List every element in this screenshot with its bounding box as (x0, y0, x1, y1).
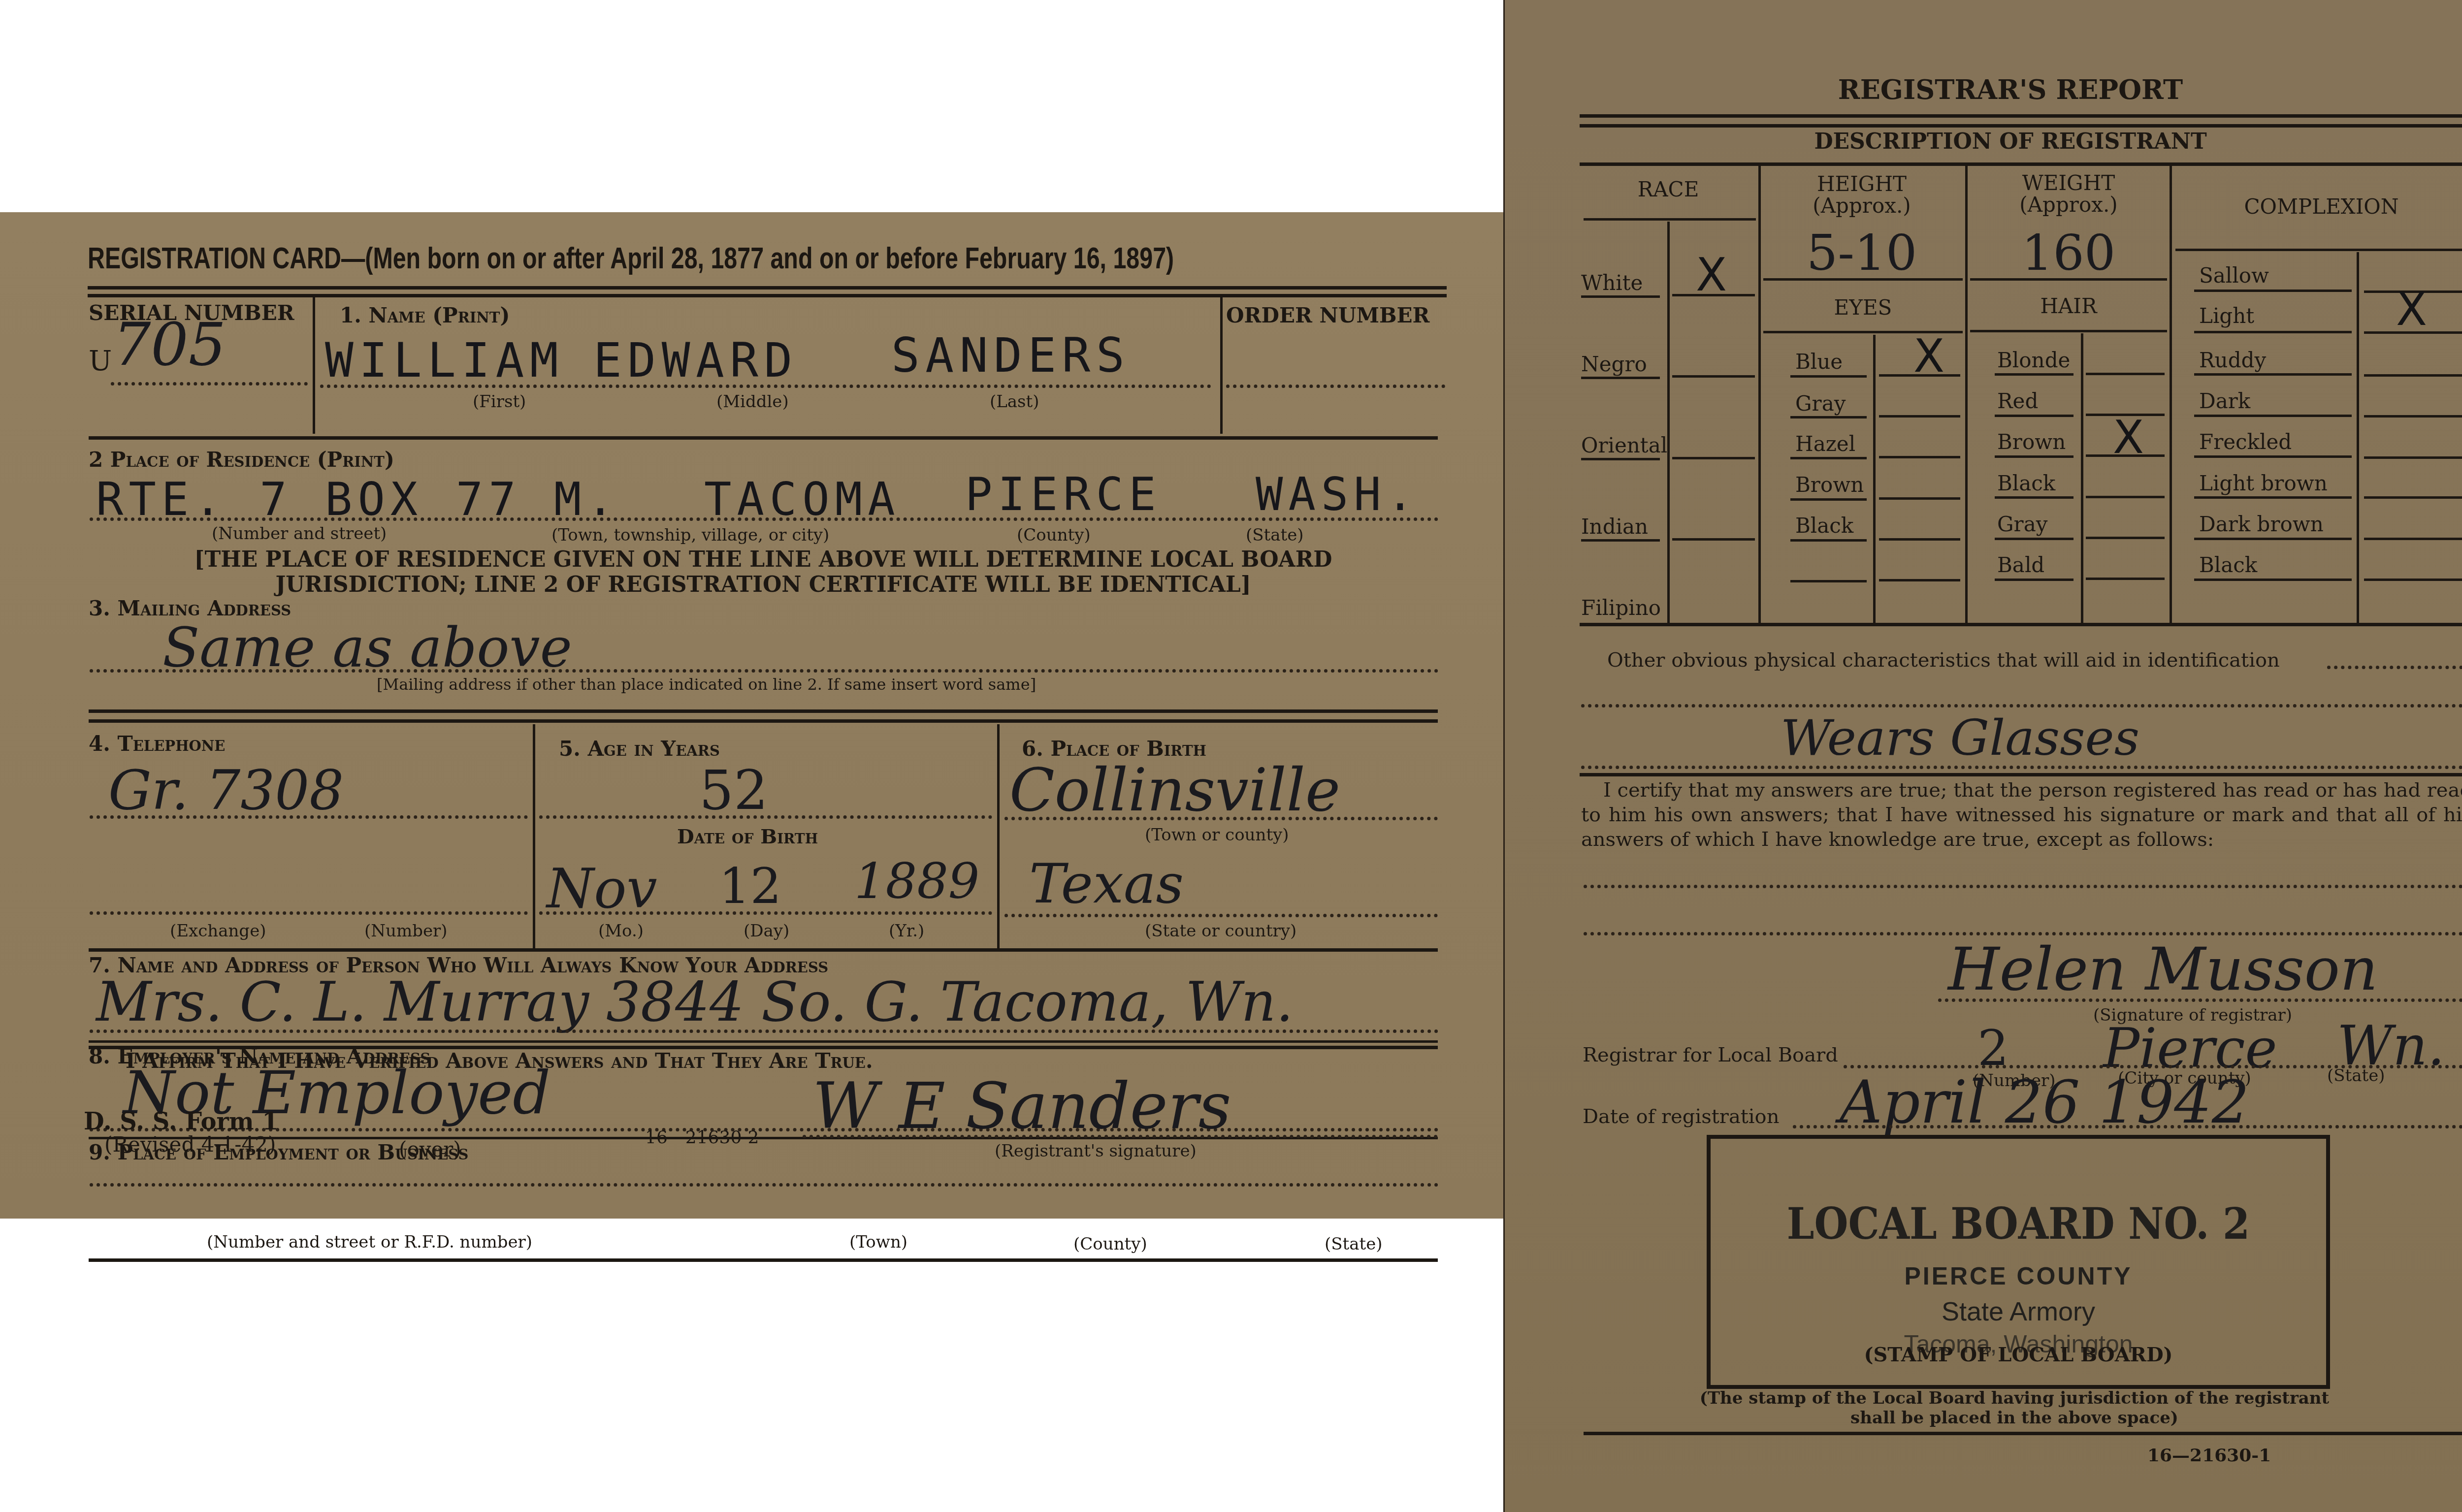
divider (89, 1258, 1438, 1262)
divider (2364, 579, 2462, 581)
weight-header: WEIGHT (Approx.) (1968, 172, 2170, 216)
local-board-stamp-box: LOCAL BOARD NO. 2 PIERCE COUNTY State Ar… (1707, 1135, 2330, 1389)
residence-note: [THE PLACE OF RESIDENCE GIVEN ON THE LIN… (98, 547, 1428, 597)
name-middle-caption: (Middle) (716, 392, 789, 412)
race-white-checkbox[interactable]: X (1696, 249, 1727, 301)
stamp-note-line-2: shall be placed in the above space) (1682, 1408, 2347, 1428)
divider (88, 286, 1447, 290)
contact-value: Mrs. C. L. Murray 3844 So. G. Tacoma, Wn… (96, 970, 1293, 1033)
divider (1995, 538, 2073, 540)
residence-town-caption: (Town, township, village, or city) (551, 525, 829, 545)
employment-state-caption: (State) (1325, 1234, 1383, 1254)
divider (1667, 222, 1670, 625)
divider (2086, 537, 2165, 539)
stamp-line-3: State Armory (1711, 1296, 2326, 1327)
divider (1879, 579, 1960, 581)
residence-state: WASH. (1256, 468, 1419, 521)
dob-month: Nov (547, 857, 657, 920)
registrar-report-title: REGISTRAR'S REPORT (1505, 74, 2462, 105)
residence-line (90, 517, 1439, 521)
birthplace-town-caption: (Town or county) (1145, 825, 1289, 845)
complexion-sallow-label: Sallow (2199, 263, 2269, 288)
contact-line (90, 1029, 1439, 1033)
race-oriental-label: Oriental (1581, 433, 1667, 457)
registration-card-front: REGISTRATION CARD—(Men born on or after … (0, 212, 1503, 1219)
eyes-gray-checkbox[interactable] (1881, 394, 1958, 416)
complexion-ruddy-label: Ruddy (2199, 348, 2266, 372)
divider (1879, 415, 1960, 418)
certification-text: I certify that my answers are true; that… (1581, 778, 2462, 852)
hair-blonde-checkbox[interactable] (2088, 351, 2165, 373)
mailing-address-line (90, 669, 1439, 673)
divider (2194, 455, 2352, 458)
name-last: SANDERS (891, 328, 1130, 383)
divider (1580, 114, 2462, 118)
hair-black-checkbox[interactable] (2088, 474, 2165, 496)
divider (1879, 538, 1960, 541)
eyes-black-checkbox[interactable] (1881, 516, 1958, 538)
local-board-state-caption: (State) (2327, 1066, 2385, 1086)
divider (1580, 162, 2462, 166)
name-first-caption: (First) (473, 392, 526, 412)
complexion-dark-label: Dark (2199, 389, 2250, 413)
divider (89, 948, 1438, 952)
employment-town-caption: (Town) (849, 1232, 907, 1252)
weight-value: 160 (1968, 224, 2170, 282)
serial-number-value: 705 (113, 311, 226, 379)
telephone-line (90, 815, 528, 819)
other-characteristics-label: Other obvious physical characteristics t… (1607, 649, 2280, 672)
telephone-line-2 (90, 911, 528, 915)
birthplace-state: Texas (1029, 852, 1184, 915)
other-characteristics-value: Wears Glasses (1781, 709, 2139, 767)
employment-street-caption: (Number and street or R.F.D. number) (207, 1232, 532, 1252)
divider (1790, 580, 1867, 582)
divider (2194, 496, 2352, 499)
birthplace-town: Collinsville (1009, 756, 1340, 825)
eyes-gray-label: Gray (1795, 391, 1846, 416)
stamp-caption: (STAMP OF LOCAL BOARD) (1711, 1343, 2326, 1366)
residence-note-line1: [THE PLACE OF RESIDENCE GIVEN ON THE LIN… (98, 547, 1428, 572)
age-value: 52 (699, 759, 768, 822)
employer-line (90, 1128, 1439, 1131)
divider (89, 436, 1438, 440)
divider (533, 724, 535, 948)
divider (1763, 278, 1963, 281)
divider (1581, 458, 1660, 460)
divider (2086, 454, 2165, 457)
name-last-caption: (Last) (990, 392, 1039, 412)
divider (1790, 375, 1867, 378)
complexion-light-label: Light (2199, 304, 2254, 328)
telephone-exchange-caption: (Exchange) (170, 921, 266, 941)
divider (1790, 539, 1867, 542)
divider (1995, 455, 2073, 458)
race-filipino-checkbox[interactable] (1675, 596, 1753, 620)
divider (1584, 218, 1756, 221)
dob-label: Date of Birth (677, 825, 818, 848)
divider (1581, 539, 1660, 542)
race-white-label: White (1581, 271, 1643, 295)
complexion-light-brown-label: Light brown (2199, 471, 2328, 495)
residence-label: 2 Place of Residence (Print) (89, 448, 394, 472)
name-label: 1. Name (Print) (340, 303, 510, 327)
other-characteristics-line (2327, 666, 2462, 669)
divider (2357, 252, 2359, 625)
divider (1790, 457, 1867, 459)
divider (2194, 415, 2352, 417)
divider (1672, 538, 1755, 541)
divider (1580, 773, 2462, 776)
residence-county-caption: (County) (1017, 525, 1091, 545)
dob-year-caption: (Yr.) (889, 921, 924, 941)
divider (89, 1040, 1438, 1043)
divider (1672, 375, 1755, 378)
race-header: RACE (1580, 177, 1757, 201)
divider (89, 709, 1438, 713)
divider (1220, 296, 1223, 434)
date-of-registration-label: Date of registration (1583, 1105, 1779, 1128)
eyes-hazel-checkbox[interactable] (1881, 434, 1958, 456)
height-value: 5-10 (1761, 224, 1963, 282)
height-header-sub: (Approx.) (1761, 195, 1963, 217)
complexion-ruddy-checkbox[interactable] (2364, 351, 2462, 373)
divider (2086, 496, 2165, 498)
divider (2194, 579, 2352, 581)
telephone-label: 4. Telephone (89, 732, 225, 756)
divider (89, 1137, 1438, 1139)
divider (2364, 374, 2462, 377)
registrar-signature: Helen Musson (1948, 935, 2378, 1004)
birthplace-state-caption: (State or country) (1145, 921, 1296, 941)
divider (2194, 290, 2352, 292)
back-form-code: 16—21630-1 (2147, 1445, 2271, 1466)
complexion-light-brown-checkbox[interactable] (2364, 474, 2462, 496)
employment-place-line (90, 1183, 1439, 1187)
dob-month-caption: (Mo.) (598, 921, 644, 941)
description-subtitle: DESCRIPTION OF REGISTRANT (1505, 129, 2462, 154)
divider (1790, 416, 1867, 418)
hair-red-label: Red (1997, 389, 2038, 413)
divider (313, 296, 315, 434)
dob-year: 1889 (854, 852, 980, 910)
residence-county: PIERCE (965, 468, 1162, 521)
divider (1970, 278, 2167, 281)
divider (1879, 374, 1960, 377)
name-first: WILLIAM (325, 333, 564, 388)
serial-number-line (111, 382, 308, 386)
divider (1879, 497, 1960, 500)
divider (1672, 294, 1755, 296)
age-label: 5. Age in Years (559, 737, 720, 761)
divider (2175, 249, 2462, 251)
divider (2086, 578, 2165, 580)
divider (1581, 295, 1660, 298)
divider (89, 719, 1438, 723)
complexion-freckled-label: Freckled (2199, 430, 2292, 454)
complexion-dark-brown-label: Dark brown (2199, 512, 2324, 536)
divider (2194, 331, 2352, 333)
stamp-note-line-1: (The stamp of the Local Board having jur… (1682, 1388, 2347, 1408)
dob-day: 12 (719, 857, 781, 915)
eyes-brown-label: Brown (1795, 473, 1864, 497)
divider (2364, 415, 2462, 418)
divider (1581, 377, 1660, 379)
stamp-note: (The stamp of the Local Board having jur… (1682, 1388, 2347, 1428)
hair-red-checkbox[interactable] (2088, 391, 2165, 414)
divider (2194, 373, 2352, 376)
eyes-brown-checkbox[interactable] (1881, 475, 1958, 497)
residence-street-caption: (Number and street) (212, 524, 387, 544)
divider (1584, 1432, 2462, 1435)
divider (2170, 165, 2172, 625)
employment-place-label: 9. Place of Employment or Business (89, 1140, 469, 1164)
divider (2086, 373, 2165, 375)
residence-note-line2: JURISDICTION; LINE 2 OF REGISTRATION CER… (98, 572, 1428, 597)
eyes-hazel-label: Hazel (1795, 432, 1855, 456)
divider (1580, 124, 2462, 128)
dob-line (539, 911, 992, 915)
hair-gray-label: Gray (1997, 512, 2047, 536)
telephone-number-caption: (Number) (364, 921, 448, 941)
race-filipino-label: Filipino (1581, 596, 1661, 620)
divider (2194, 538, 2352, 540)
divider (1672, 457, 1755, 459)
complexion-black-label: Black (2199, 553, 2257, 577)
hair-black-label: Black (1997, 471, 2055, 495)
complexion-header: COMPLEXION (2172, 194, 2462, 219)
exceptions-line-1 (1584, 885, 2462, 888)
race-indian-label: Indian (1581, 515, 1648, 539)
weight-header-sub: (Approx.) (1968, 194, 2170, 216)
complexion-black-checkbox[interactable] (2364, 555, 2462, 578)
order-number-line (1226, 385, 1445, 388)
complexion-dark-brown-checkbox[interactable] (2364, 515, 2462, 537)
stamp-line-1: LOCAL BOARD NO. 2 (1742, 1198, 2296, 1249)
divider (2364, 496, 2462, 499)
divider (1873, 335, 1876, 625)
name-line (320, 385, 1211, 388)
stamp-line-2: PIERCE COUNTY (1711, 1262, 2326, 1290)
name-middle: EDWARD (593, 333, 798, 388)
hair-header: HAIR (1970, 294, 2167, 318)
divider (88, 294, 1447, 297)
hair-brown-label: Brown (1997, 430, 2066, 454)
divider (1995, 496, 2073, 499)
local-board-label: Registrar for Local Board (1583, 1044, 1838, 1066)
divider (2081, 333, 2083, 625)
registration-card-back: REGISTRAR'S REPORT DESCRIPTION OF REGIST… (1503, 0, 2462, 1512)
complexion-freckled-checkbox[interactable] (2364, 432, 2462, 454)
hair-bald-label: Bald (1997, 553, 2044, 577)
divider (1995, 579, 2073, 581)
divider (2364, 456, 2462, 459)
telephone-value: Gr. 7308 (108, 759, 344, 822)
divider (2364, 538, 2462, 540)
age-line (539, 815, 992, 819)
other-characteristics-line-3 (1581, 766, 2462, 769)
employer-value: Not Employed (123, 1059, 551, 1127)
divider (2364, 331, 2462, 334)
hair-gray-checkbox[interactable] (2088, 515, 2165, 537)
divider (1580, 623, 2462, 626)
eyes-header: EYES (1763, 295, 1963, 320)
employment-county-caption: (County) (1073, 1234, 1147, 1254)
divider (1995, 415, 2073, 417)
divider (1790, 498, 1867, 501)
serial-prefix: U (89, 345, 112, 377)
card-title: REGISTRATION CARD—(Men born on or after … (88, 241, 1174, 276)
divider (1970, 330, 2167, 332)
mailing-address-caption: [Mailing address if other than place ind… (377, 675, 1036, 694)
registrar-signature-line (1938, 998, 2462, 1002)
date-of-registration-line (1793, 1125, 2462, 1128)
divider (997, 724, 1000, 948)
dob-day-caption: (Day) (744, 921, 789, 941)
weight-header-label: WEIGHT (1968, 172, 2170, 194)
order-number-label: ORDER NUMBER (1226, 303, 1429, 327)
hair-blonde-label: Blonde (1997, 348, 2070, 372)
race-negro-label: Negro (1581, 352, 1647, 376)
hair-bald-checkbox[interactable] (2088, 555, 2165, 578)
height-header: HEIGHT (Approx.) (1761, 173, 1963, 217)
height-header-label: HEIGHT (1761, 173, 1963, 195)
eyes-black-label: Black (1795, 514, 1853, 538)
other-characteristics-line-2 (1581, 704, 2462, 708)
residence-state-caption: (State) (1246, 525, 1304, 545)
exceptions-line-2 (1584, 932, 2462, 935)
divider (1879, 456, 1960, 458)
birthplace-town-line (1004, 817, 1438, 820)
divider (1995, 373, 2073, 376)
eyes-blue-label: Blue (1795, 350, 1843, 374)
complexion-dark-checkbox[interactable] (2364, 391, 2462, 414)
complexion-light-checkbox[interactable]: X (2396, 283, 2427, 336)
birthplace-state-line (1004, 914, 1438, 917)
